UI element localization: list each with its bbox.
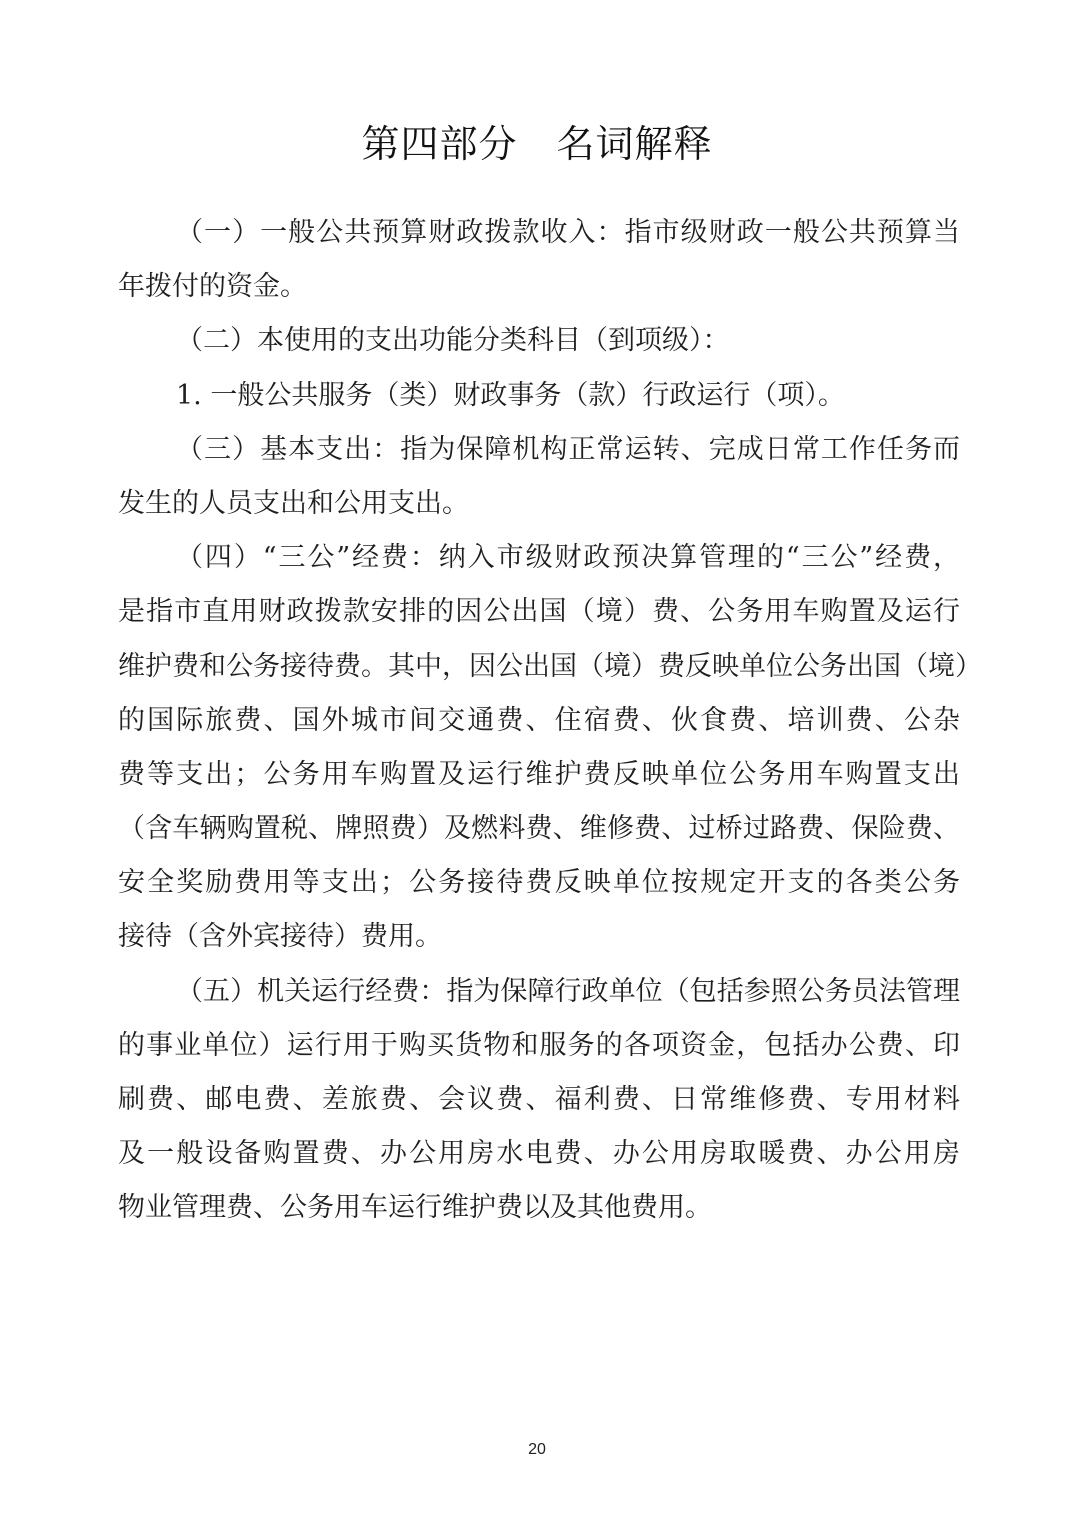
section-expenditure-classification: （二）本使用的支出功能分类科目（到项级）：: [118, 314, 960, 368]
paragraph-line: 年拨付的资金。: [118, 260, 960, 314]
page-title: 第四部分 名词解释: [0, 118, 1074, 170]
paragraph-line: （二）本使用的支出功能分类科目（到项级）：: [118, 314, 960, 368]
paragraph-line: 刷费、邮电费、差旅费、会议费、福利费、日常维修费、专用材料: [118, 1073, 960, 1127]
paragraph-line: 的国际旅费、国外城市间交通费、住宿费、伙食费、培训费、公杂: [118, 694, 960, 748]
section-basic-expenditure: （三）基本支出：指为保障机构正常运转、完成日常工作任务而 发生的人员支出和公用支…: [118, 423, 960, 531]
paragraph-line: 1. 一般公共服务（类）财政事务（款）行政运行（项）。: [118, 369, 960, 423]
section-three-public-expenses: （四）“三公”经费：纳入市级财政预决算管理的“三公”经费， 是指市直用财政拨款安…: [118, 531, 960, 965]
paragraph-line: 维护费和公务接待费。其中，因公出国（境）费反映单位公务出国（境）: [118, 640, 960, 694]
paragraph-line: 安全奖励费用等支出；公务接待费反映单位按规定开支的各类公务: [118, 856, 960, 910]
paragraph-line: 及一般设备购置费、办公用房水电费、办公用房取暖费、办公用房: [118, 1127, 960, 1181]
section-agency-operating-expenses: （五）机关运行经费：指为保障行政单位（包括参照公务员法管理 的事业单位）运行用于…: [118, 965, 960, 1236]
paragraph-line: 费等支出；公务用车购置及运行维护费反映单位公务用车购置支出: [118, 748, 960, 802]
paragraph-line: 发生的人员支出和公用支出。: [118, 477, 960, 531]
document-page: 第四部分 名词解释 （一）一般公共预算财政拨款收入：指市级财政一般公共预算当 年…: [0, 0, 1074, 1520]
page-number: 20: [0, 1441, 1074, 1459]
paragraph-line: 的事业单位）运行用于购买货物和服务的各项资金，包括办公费、印: [118, 1019, 960, 1073]
paragraph-line: 物业管理费、公务用车运行维护费以及其他费用。: [118, 1181, 960, 1235]
paragraph-line: 是指市直用财政拨款安排的因公出国（境）费、公务用车购置及运行: [118, 585, 960, 639]
paragraph-line: （五）机关运行经费：指为保障行政单位（包括参照公务员法管理: [118, 965, 960, 1019]
paragraph-line: （三）基本支出：指为保障机构正常运转、完成日常工作任务而: [118, 423, 960, 477]
section-general-budget-revenue: （一）一般公共预算财政拨款收入：指市级财政一般公共预算当 年拨付的资金。: [118, 206, 960, 314]
list-item-classification-1: 1. 一般公共服务（类）财政事务（款）行政运行（项）。: [118, 369, 960, 423]
paragraph-line: （一）一般公共预算财政拨款收入：指市级财政一般公共预算当: [118, 206, 960, 260]
paragraph-line: （含车辆购置税、牌照费）及燃料费、维修费、过桥过路费、保险费、: [118, 802, 960, 856]
document-body: （一）一般公共预算财政拨款收入：指市级财政一般公共预算当 年拨付的资金。 （二）…: [118, 206, 960, 1236]
paragraph-line: 接待（含外宾接待）费用。: [118, 910, 960, 964]
paragraph-line: （四）“三公”经费：纳入市级财政预决算管理的“三公”经费，: [118, 531, 960, 585]
